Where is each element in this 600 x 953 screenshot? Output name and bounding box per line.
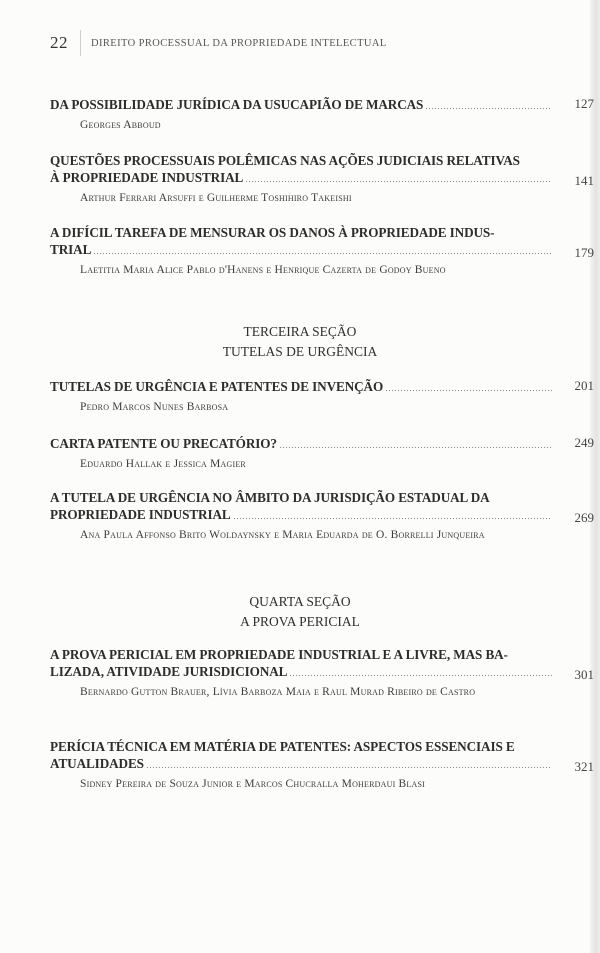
entry-title: Carta patente ou precatório? <box>50 435 552 452</box>
dot-leader <box>93 251 552 255</box>
entry-authors: Sidney Pereira de Souza Junior e Marcos … <box>80 776 550 793</box>
page-number: 22 <box>50 33 68 53</box>
dot-leader <box>233 516 552 520</box>
dot-leader <box>146 765 552 769</box>
toc-entry[interactable]: A prova pericial em propriedade industri… <box>50 646 594 701</box>
entry-authors: Laetitia Maria Alice Pablo d'Hanens e He… <box>80 262 550 279</box>
dot-leader <box>385 388 552 392</box>
entry-authors: Pedro Marcos Nunes Barbosa <box>80 399 550 416</box>
dot-leader <box>279 445 552 449</box>
entry-page-number: 201 <box>575 378 595 394</box>
section-label: Terceira Seção <box>0 322 600 342</box>
section-title: A Prova Pericial <box>0 612 600 632</box>
entry-page-number: 321 <box>575 759 595 775</box>
header-divider <box>80 30 81 56</box>
entry-title: Questões processuais polêmicas nas ações… <box>50 152 552 186</box>
section-heading-quarta: Quarta Seção A Prova Pericial <box>0 592 600 632</box>
book-title: Direito Processual da Propriedade Intele… <box>91 38 387 49</box>
section-label: Quarta Seção <box>0 592 600 612</box>
entry-title: Da possibilidade jurídica da usucapião d… <box>50 96 552 113</box>
toc-entry[interactable]: A tutela de urgência no âmbito da jurisd… <box>50 489 594 544</box>
entry-page-number: 141 <box>575 173 595 189</box>
entry-title: A prova pericial em propriedade industri… <box>50 646 552 680</box>
toc-entry[interactable]: Questões processuais polêmicas nas ações… <box>50 152 594 207</box>
entry-page-number: 249 <box>575 435 595 451</box>
entry-page-number: 301 <box>575 667 595 683</box>
entry-authors: Eduardo Hallak e Jessica Magier <box>80 456 550 473</box>
entry-title: Perícia técnica em matéria de patentes: … <box>50 738 552 772</box>
running-head: 22 Direito Processual da Propriedade Int… <box>50 30 387 56</box>
entry-title: A difícil tarefa de mensurar os danos à … <box>50 224 552 258</box>
toc-entry[interactable]: Perícia técnica em matéria de patentes: … <box>50 738 594 793</box>
toc-entry[interactable]: Tutelas de urgência e patentes de invenç… <box>50 378 594 416</box>
page-edge-shadow <box>590 0 600 953</box>
entry-authors: Bernardo Gutton Brauer, Lívia Barboza Ma… <box>80 684 550 701</box>
entry-authors: Georges Abboud <box>80 117 550 134</box>
dot-leader <box>425 106 552 110</box>
entry-authors: Ana Paula Affonso Brito Woldaynsky e Mar… <box>80 527 550 544</box>
entry-page-number: 127 <box>575 96 595 112</box>
entry-page-number: 179 <box>575 245 595 261</box>
toc-entry[interactable]: Carta patente ou precatório?249Eduardo H… <box>50 435 594 473</box>
section-heading-terceira: Terceira Seção Tutelas de Urgência <box>0 322 600 362</box>
entry-title: A tutela de urgência no âmbito da jurisd… <box>50 489 552 523</box>
dot-leader <box>289 673 552 677</box>
entry-authors: Arthur Ferrari Arsuffi e Guilherme Toshi… <box>80 190 550 207</box>
entry-title: Tutelas de urgência e patentes de invenç… <box>50 378 552 395</box>
toc-entry[interactable]: Da possibilidade jurídica da usucapião d… <box>50 96 594 134</box>
entry-page-number: 269 <box>575 510 595 526</box>
section-title: Tutelas de Urgência <box>0 342 600 362</box>
toc-entry[interactable]: A difícil tarefa de mensurar os danos à … <box>50 224 594 279</box>
dot-leader <box>245 179 552 183</box>
